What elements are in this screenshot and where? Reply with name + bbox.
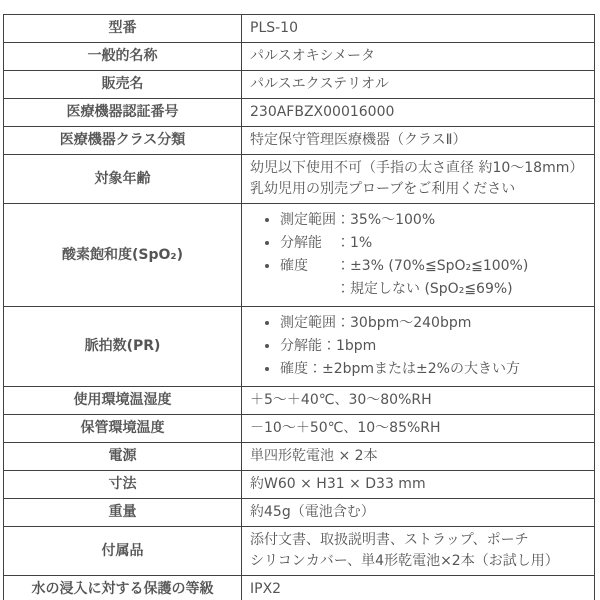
spec-label: 販売名: [4, 71, 242, 99]
bullet-item: 確度 ：±3% (70%≦SpO₂≦100%): [280, 256, 586, 277]
spec-value: 幼児以下使用不可（手指の太さ直径 約10～18mm） 乳幼児用の別売プローブをご…: [242, 155, 595, 204]
spec-label: 重量: [4, 499, 242, 527]
spec-label: 水の浸入に対する保護の等級: [4, 576, 242, 600]
spec-value: 測定範囲：30bpm～240bpm 分解能：1bpm 確度：±2bpmまたは±2…: [242, 307, 595, 387]
spec-value: ＋5～＋40℃、30～80%RH: [242, 387, 595, 415]
row-device-class: 医療機器クラス分類 特定保守管理医療機器（クラスⅡ）: [4, 127, 595, 155]
spec-value: パルスエクステリオル: [242, 71, 595, 99]
value-line: シリコンカバー、単4形乾電池×2本（お試し用）: [250, 551, 586, 572]
row-model-number: 型番 PLS-10: [4, 15, 595, 43]
bullet-list: 測定範囲：30bpm～240bpm 分解能：1bpm 確度：±2bpmまたは±2…: [250, 313, 586, 380]
bullet-item: 測定範囲：30bpm～240bpm: [280, 313, 586, 334]
bullet-continuation: ：規定しない (SpO₂≦69%): [280, 279, 586, 300]
spec-value: 添付文書、取扱説明書、ストラップ、ポーチ シリコンカバー、単4形乾電池×2本（お…: [242, 527, 595, 576]
value-line: 幼児以下使用不可（手指の太さ直径 約10～18mm）: [250, 158, 586, 179]
spec-value: －10～＋50℃、10～85%RH: [242, 415, 595, 443]
spec-value: 約W60 × H31 × D33 mm: [242, 471, 595, 499]
spec-label: 医療機器クラス分類: [4, 127, 242, 155]
bullet-item: 分解能 ：1%: [280, 233, 586, 254]
spec-value: 特定保守管理医療機器（クラスⅡ）: [242, 127, 595, 155]
spec-label: 酸素飽和度(SpO₂): [4, 204, 242, 307]
spec-value: 230AFBZX00016000: [242, 99, 595, 127]
row-storage-environment: 保管環境温度 －10～＋50℃、10～85%RH: [4, 415, 595, 443]
row-spo2: 酸素飽和度(SpO₂) 測定範囲：35%～100% 分解能 ：1% 確度 ：±3…: [4, 204, 595, 307]
spec-value: 単四形乾電池 × 2本: [242, 443, 595, 471]
row-dimensions: 寸法 約W60 × H31 × D33 mm: [4, 471, 595, 499]
spec-value: パルスオキシメータ: [242, 43, 595, 71]
value-line: 乳幼児用の別売プローブをご利用ください: [250, 179, 586, 200]
spec-label: 付属品: [4, 527, 242, 576]
row-weight: 重量 約45g（電池含む）: [4, 499, 595, 527]
spec-value: PLS-10: [242, 15, 595, 43]
spec-label: 医療機器認証番号: [4, 99, 242, 127]
spec-label: 電源: [4, 443, 242, 471]
spec-label: 対象年齢: [4, 155, 242, 204]
row-accessories: 付属品 添付文書、取扱説明書、ストラップ、ポーチ シリコンカバー、単4形乾電池×…: [4, 527, 595, 576]
row-sales-name: 販売名 パルスエクステリオル: [4, 71, 595, 99]
row-certification-number: 医療機器認証番号 230AFBZX00016000: [4, 99, 595, 127]
spec-label: 脈拍数(PR): [4, 307, 242, 387]
row-target-age: 対象年齢 幼児以下使用不可（手指の太さ直径 約10～18mm） 乳幼児用の別売プ…: [4, 155, 595, 204]
spec-table: 型番 PLS-10 一般的名称 パルスオキシメータ 販売名 パルスエクステリオル…: [3, 14, 595, 600]
row-generic-name: 一般的名称 パルスオキシメータ: [4, 43, 595, 71]
product-spec-sheet: 型番 PLS-10 一般的名称 パルスオキシメータ 販売名 パルスエクステリオル…: [0, 0, 600, 600]
spec-value: IPX2: [242, 576, 595, 600]
spec-value: 約45g（電池含む）: [242, 499, 595, 527]
bullet-item: 確度：±2bpmまたは±2%の大きい方: [280, 359, 586, 380]
bullet-item: 分解能：1bpm: [280, 336, 586, 357]
spec-label: 型番: [4, 15, 242, 43]
spec-label: 一般的名称: [4, 43, 242, 71]
spec-label: 使用環境温湿度: [4, 387, 242, 415]
value-line: 添付文書、取扱説明書、ストラップ、ポーチ: [250, 530, 586, 551]
bullet-item: 測定範囲：35%～100%: [280, 210, 586, 231]
row-water-protection: 水の浸入に対する保護の等級 IPX2: [4, 576, 595, 600]
row-pulse-rate: 脈拍数(PR) 測定範囲：30bpm～240bpm 分解能：1bpm 確度：±2…: [4, 307, 595, 387]
spec-label: 保管環境温度: [4, 415, 242, 443]
spec-value: 測定範囲：35%～100% 分解能 ：1% 確度 ：±3% (70%≦SpO₂≦…: [242, 204, 595, 307]
row-operating-environment: 使用環境温湿度 ＋5～＋40℃、30～80%RH: [4, 387, 595, 415]
bullet-list: 測定範囲：35%～100% 分解能 ：1% 確度 ：±3% (70%≦SpO₂≦…: [250, 210, 586, 300]
spec-label: 寸法: [4, 471, 242, 499]
row-power-source: 電源 単四形乾電池 × 2本: [4, 443, 595, 471]
